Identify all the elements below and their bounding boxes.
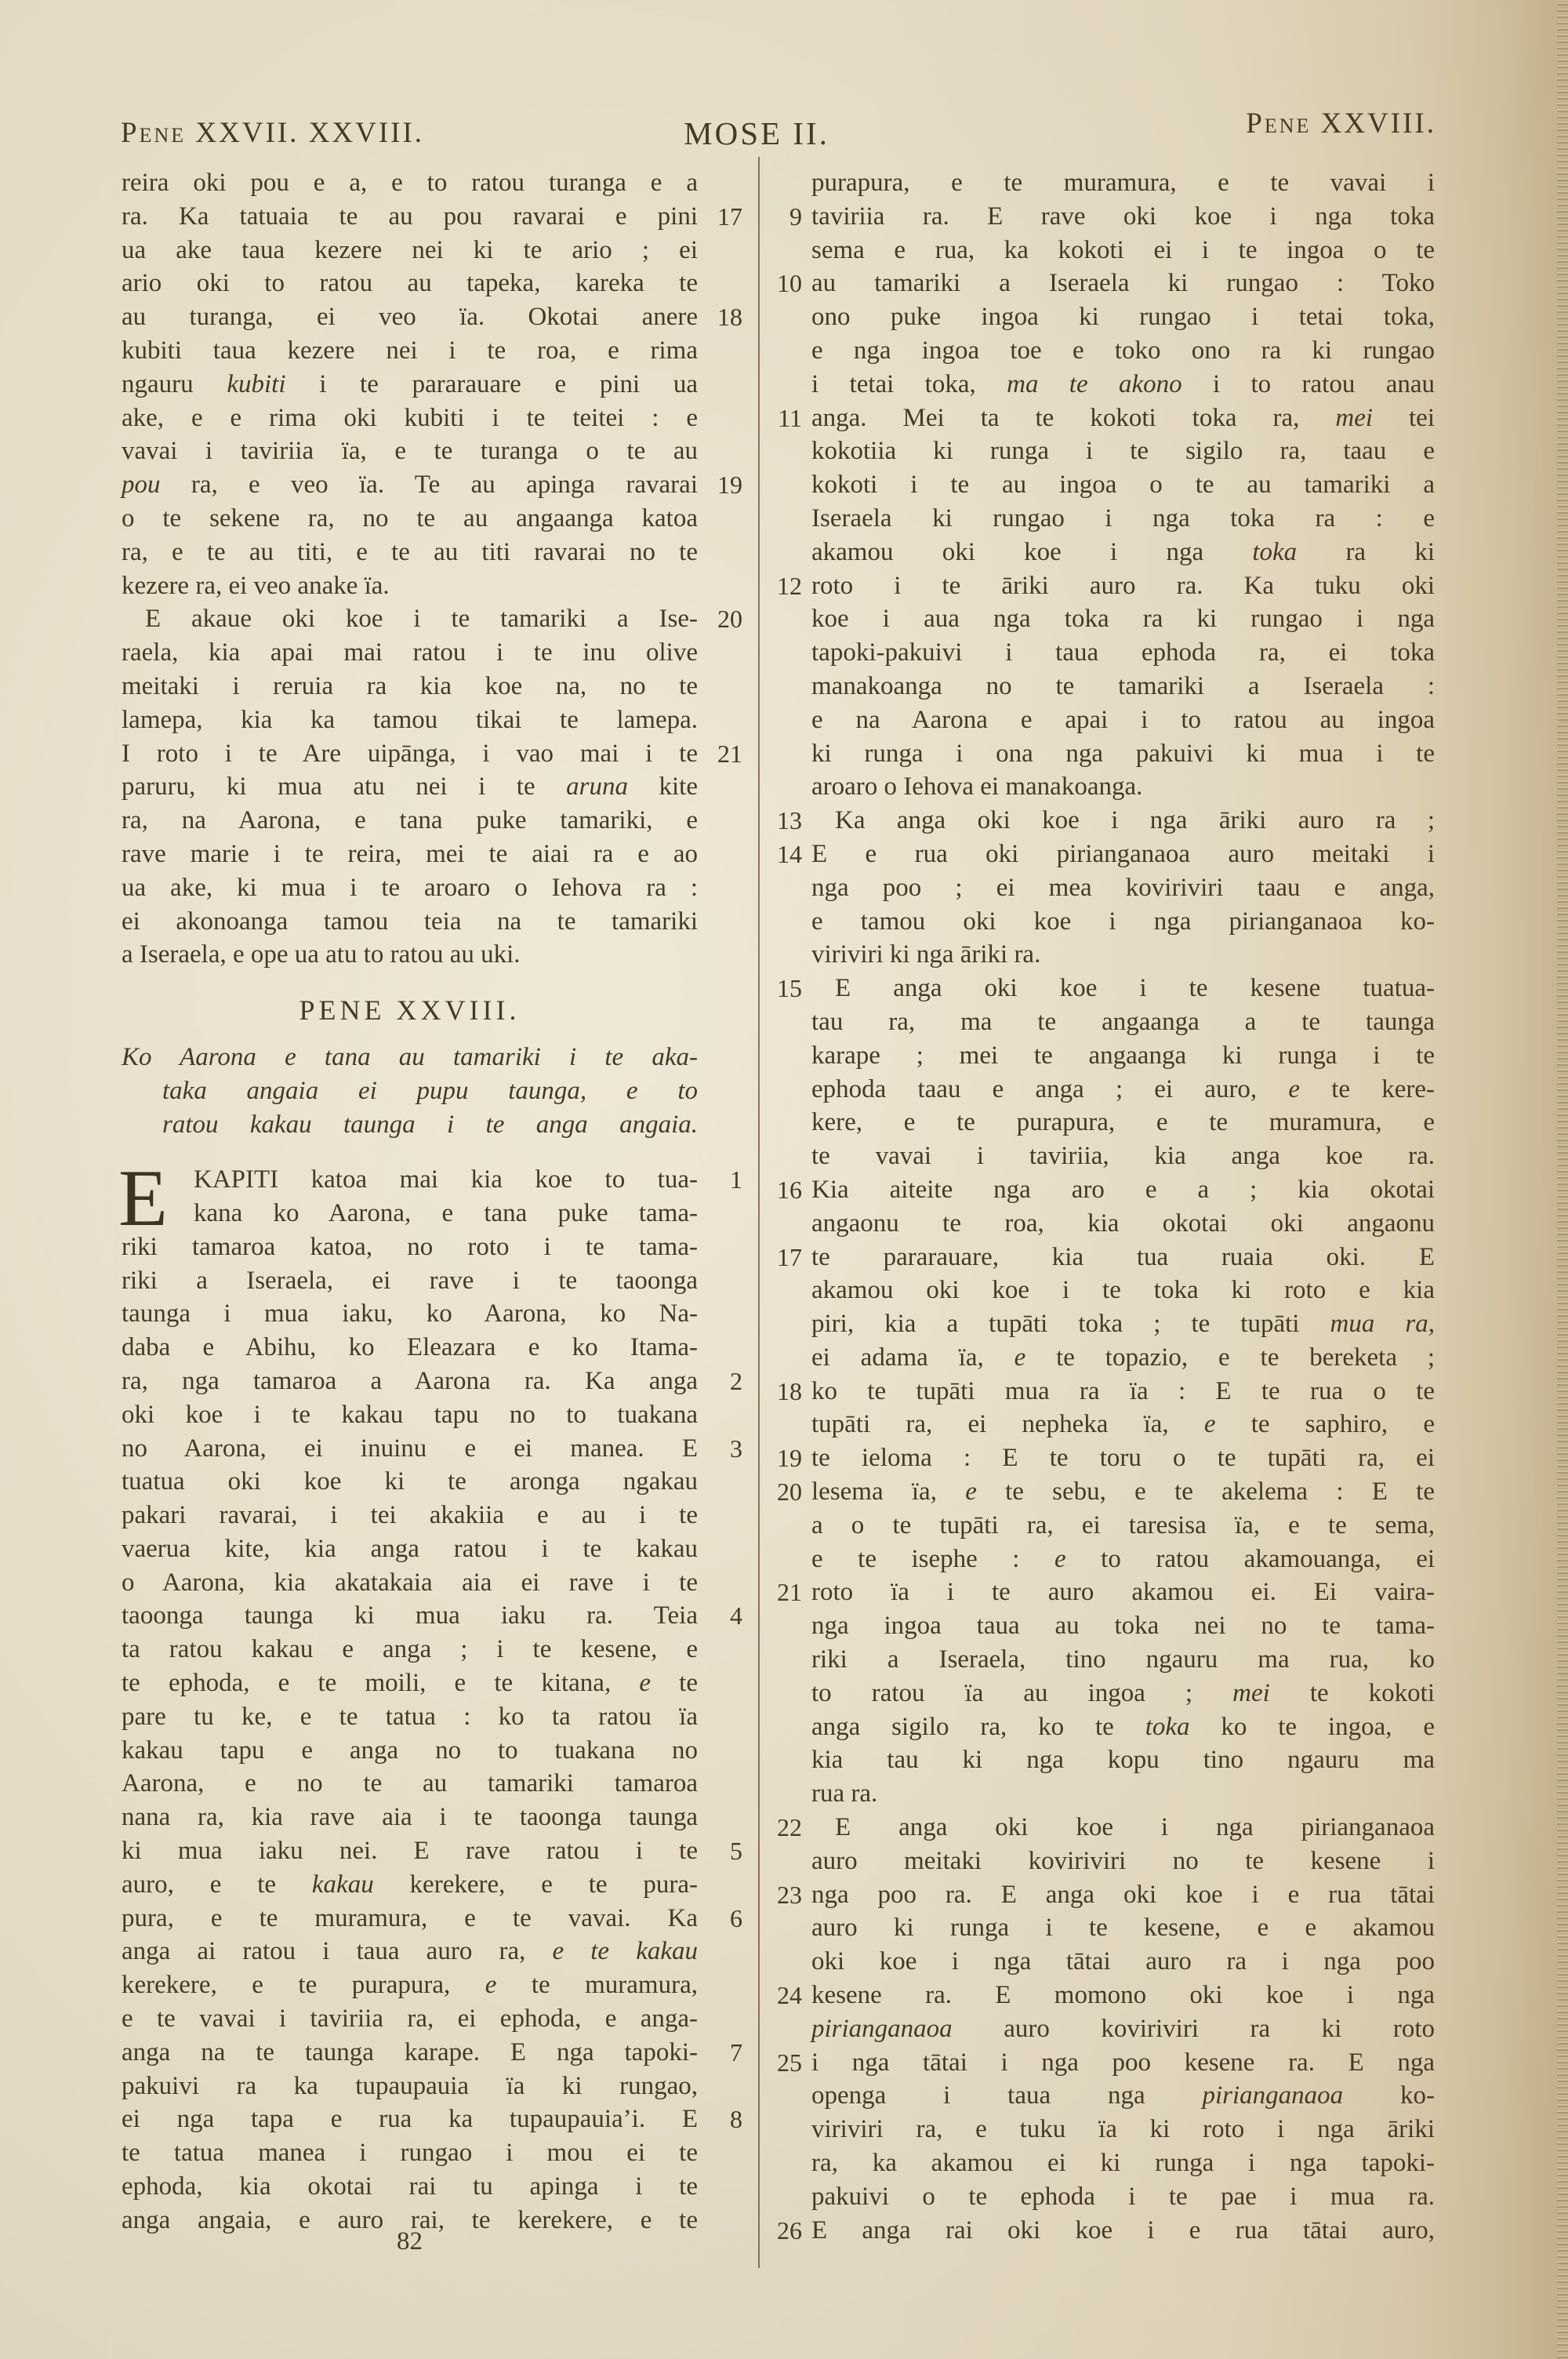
line-text: ta ratou kakau e anga ; i te kesene, e: [122, 1635, 698, 1663]
text-line: to ratou ïa au ingoa ; mei te kokoti: [811, 1677, 1435, 1710]
page-edge-texture: [1557, 0, 1568, 2359]
text-line: ua ake, ki mua i te aroaro o Iehova ra :: [122, 871, 698, 905]
line-text: ra. Ka tatuaia te au pou ravarai e pini: [122, 202, 698, 231]
text-line: karape ; mei te angaanga ki runga i te: [811, 1039, 1435, 1073]
line-text: tupāti ra, ei nepheka ïa, e te saphiro, …: [811, 1410, 1435, 1438]
line-text: riki tamaroa katoa, no roto i te tama-: [122, 1233, 698, 1261]
text-line: taoonga taunga ki mua iaku ra. Teia4: [122, 1599, 698, 1633]
text-line: a Iseraela, e ope ua atu to ratou au uki…: [122, 938, 698, 972]
line-text: te ephoda, e te moili, e te kitana, e te: [122, 1669, 698, 1697]
text-line: e te vavai i taviriia ra, ei ephoda, e a…: [122, 2002, 698, 2036]
line-text: akamou oki koe i te toka ki roto e kia: [811, 1276, 1435, 1304]
line-text: roto ïa i te auro akamou ei. Ei vaira-: [811, 1578, 1435, 1606]
text-line: ra, na Aarona, e tana puke tamariki, e: [122, 804, 698, 838]
line-text: nana ra, kia rave aia i te taoonga taung…: [122, 1803, 698, 1831]
text-line: E anga oki koe i te kesene tuatua-15: [811, 972, 1435, 1005]
text-line: nana ra, kia rave aia i te taoonga taung…: [122, 1801, 698, 1834]
line-text: ephoda, kia okotai rai tu apinga i te: [122, 2172, 698, 2201]
text-line: no Aarona, ei inuinu e ei manea. E3: [122, 1432, 698, 1466]
text-line: E e rua oki pirianganaoa auro meitaki i1…: [811, 838, 1435, 871]
text-line: kerekere, e te purapura, e te muramura,: [122, 1968, 698, 2002]
line-text: pirianganaoa auro koviriviri ra ki roto: [811, 2015, 1435, 2043]
line-text: e na Aarona e apai i to ratou au ingoa: [811, 706, 1435, 734]
line-text: au tamariki a Iseraela ki rungao : Toko: [811, 269, 1435, 297]
line-text: i nga tātai i nga poo kesene ra. E nga: [811, 2048, 1435, 2077]
line-text: kia tau ki nga kopu tino ngauru ma: [811, 1746, 1435, 1774]
text-line: E anga rai oki koe i e rua tātai auro,26: [811, 2214, 1435, 2248]
text-line: reira oki pou e a, e to ratou turanga e …: [122, 166, 698, 200]
chapter-summary: Ko Aarona e tana au tamariki i te aka-ta…: [122, 1041, 698, 1142]
text-line: e na Aarona e apai i to ratou au ingoa: [811, 703, 1435, 737]
line-text: raela, kia apai mai ratou i te inu olive: [122, 638, 698, 667]
verse-number: 7: [708, 2036, 742, 2070]
text-line: kana ko Aarona, e tana puke tama-: [122, 1197, 698, 1230]
line-text: taunga i mua iaku, ko Aarona, ko Na-: [122, 1299, 698, 1328]
text-line: viriviri ra, e tuku ïa ki roto i nga āri…: [811, 2113, 1435, 2146]
line-text: tau ra, ma te angaanga a te taunga: [811, 1008, 1435, 1036]
text-line: ra, nga tamaroa a Aarona ra. Ka anga2: [122, 1365, 698, 1398]
text-line: au turanga, ei veo ïa. Okotai anere18: [122, 300, 698, 334]
text-line: tapoki-pakuivi i taua ephoda ra, ei toka: [811, 636, 1435, 670]
verse-number: 19: [763, 1441, 802, 1475]
text-line: taviriia ra. E rave oki koe i nga toka9: [811, 200, 1435, 234]
verse-number: 19: [708, 468, 742, 502]
line-text: koe i aua nga toka ra ki rungao i nga: [811, 605, 1435, 633]
line-text: auro ki runga i te kesene, e e akamou: [811, 1914, 1435, 1942]
line-text: daba e Abihu, ko Eleazara e ko Itama-: [122, 1333, 698, 1361]
verse-number: 24: [763, 1979, 802, 2012]
text-line: Kia aiteite nga aro e a ; kia okotai16: [811, 1173, 1435, 1207]
line-text: rave marie i te reira, mei te aiai ra e …: [122, 840, 698, 868]
text-line: kia tau ki nga kopu tino ngauru ma: [811, 1743, 1435, 1777]
verse-number: 22: [763, 1811, 802, 1845]
text-line: daba e Abihu, ko Eleazara e ko Itama-: [122, 1331, 698, 1365]
verse-number: 26: [763, 2214, 802, 2248]
verse-number: 18: [763, 1375, 802, 1408]
line-text: kana ko Aarona, e tana puke tama-: [194, 1199, 698, 1227]
text-line: openga i taua nga pirianganaoa ko-: [811, 2079, 1435, 2113]
text-column-left: reira oki pou e a, e to ratou turanga e …: [122, 166, 698, 2237]
line-text: au turanga, ei veo ïa. Okotai anere: [122, 303, 698, 331]
chapter-summary-line: taka angaia ei pupu taunga, e to: [122, 1074, 698, 1108]
line-text: ario oki to ratou au tapeka, kareka te: [122, 269, 698, 297]
line-text: ono puke ingoa ki rungao i tetai toka,: [811, 303, 1435, 331]
text-line: te ephoda, e te moili, e te kitana, e te: [122, 1667, 698, 1700]
line-text: ua ake taua kezere nei ki te ario ; ei: [122, 236, 698, 264]
text-line: raela, kia apai mai ratou i te inu olive: [122, 636, 698, 670]
verse-number: 5: [708, 1834, 742, 1868]
line-text: pura, e te muramura, e te vavai. Ka: [122, 1904, 698, 1932]
line-text: anga ai ratou i taua auro ra, e te kakau: [122, 1937, 698, 1965]
text-line: e te isephe : e to ratou akamouanga, ei: [811, 1543, 1435, 1576]
line-text: e te vavai i taviriia ra, ei ephoda, e a…: [122, 2005, 698, 2033]
line-text: to ratou ïa au ingoa ; mei te kokoti: [811, 1679, 1435, 1707]
line-text: E anga rai oki koe i e rua tātai auro,: [811, 2216, 1435, 2245]
text-line: kesene ra. E momono oki koe i nga24: [811, 1979, 1435, 2012]
line-text: nga poo ; ei mea koviriviri taau e anga,: [811, 874, 1435, 902]
chapter-heading: PENE XXVIII.: [122, 972, 698, 1041]
line-text: lamepa, kia ka tamou tikai te lamepa.: [122, 706, 698, 734]
verse-number: 14: [763, 838, 802, 871]
verse-number: 9: [763, 200, 802, 234]
text-line: tau ra, ma te angaanga a te taunga: [811, 1005, 1435, 1039]
line-text: pakuivi ra ka tupaupauia ïa ki rungao,: [122, 2072, 698, 2100]
line-text: ra, ka akamou ei ki runga i nga tapoki-: [811, 2149, 1435, 2177]
verse-number: 25: [763, 2046, 802, 2080]
line-text: kere, e te purapura, e te muramura, e: [811, 1108, 1435, 1136]
line-text: Iseraela ki rungao i nga toka ra : e: [811, 504, 1435, 533]
text-line: purapura, e te muramura, e te vavai i: [811, 166, 1435, 200]
text-line: i tetai toka, ma te akono i to ratou ana…: [811, 368, 1435, 402]
line-text: taviriia ra. E rave oki koe i nga toka: [811, 202, 1435, 231]
text-line: lamepa, kia ka tamou tikai te lamepa.: [122, 703, 698, 737]
verse-number: 8: [708, 2103, 742, 2136]
line-text: kubiti taua kezere nei i te roa, e rima: [122, 336, 698, 365]
text-line: te ieloma : E te toru o te tupāti ra, ei…: [811, 1441, 1435, 1475]
text-line: kezere ra, ei veo anake ïa.: [122, 569, 698, 603]
verse-number: 21: [763, 1576, 802, 1609]
line-text: piri, kia a tupāti toka ; te tupāti mua …: [811, 1310, 1435, 1338]
line-text: kokotiia ki runga i te sigilo ra, taau e: [811, 437, 1435, 465]
text-line: angaonu te roa, kia okotai oki angaonu: [811, 1207, 1435, 1241]
text-line: pakuivi o te ephoda i te pae i mua ra.: [811, 2180, 1435, 2214]
text-line: ki mua iaku nei. E rave ratou i te5: [122, 1834, 698, 1868]
verse-number: 6: [708, 1902, 742, 1936]
line-text: te ieloma : E te toru o te tupāti ra, ei: [811, 1444, 1435, 1472]
verse-number: 16: [763, 1173, 802, 1207]
running-head-right: Pene XXVIII.: [1160, 107, 1436, 140]
line-text: riki a Iseraela, tino ngauru ma rua, ko: [811, 1645, 1435, 1674]
text-line: kokoti i te au ingoa o te au tamariki a: [811, 468, 1435, 502]
text-line: auro ki runga i te kesene, e e akamou: [811, 1911, 1435, 1945]
chapter-summary-line: Ko Aarona e tana au tamariki i te aka-: [122, 1041, 698, 1074]
line-text: reira oki pou e a, e to ratou turanga e …: [122, 169, 698, 197]
line-text: auro meitaki koviriviri no te kesene i: [811, 1847, 1435, 1875]
text-line: taunga i mua iaku, ko Aarona, ko Na-: [122, 1297, 698, 1331]
line-text: karape ; mei te angaanga ki runga i te: [811, 1041, 1435, 1070]
line-text: ra, e te au titi, e te au titi ravarai n…: [122, 538, 698, 566]
text-line: oki koe i nga tātai auro ra i nga poo: [811, 1945, 1435, 1979]
text-line: tupāti ra, ei nepheka ïa, e te saphiro, …: [811, 1408, 1435, 1441]
line-text: manakoanga no te tamariki a Iseraela :: [811, 672, 1435, 700]
text-line: ta ratou kakau e anga ; i te kesene, e: [122, 1633, 698, 1667]
text-line: au tamariki a Iseraela ki rungao : Toko1…: [811, 267, 1435, 300]
line-text: ko te tupāti mua ra ïa : E te rua o te: [811, 1377, 1435, 1405]
line-text: o te sekene ra, no te au angaanga katoa: [122, 504, 698, 533]
line-text: auro, e te kakau kerekere, e te pura-: [122, 1870, 698, 1899]
line-text: nga ingoa taua au toka nei no te tama-: [811, 1612, 1435, 1640]
line-text: E anga oki koe i te kesene tuatua-: [835, 974, 1435, 1002]
line-text: o Aarona, kia akatakaia aia ei rave i te: [122, 1568, 698, 1597]
text-line: ario oki to ratou au tapeka, kareka te: [122, 267, 698, 300]
chapter-summary-line: ratou kakau taunga i te anga angaia.: [122, 1108, 698, 1142]
text-line: ko te tupāti mua ra ïa : E te rua o te18: [811, 1375, 1435, 1408]
text-line: ephoda, kia okotai rai tu apinga i te: [122, 2170, 698, 2204]
text-line: riki a Iseraela, ei rave i te taoonga: [122, 1264, 698, 1298]
line-text: tuatua oki koe ki te aronga ngakau: [122, 1467, 698, 1496]
text-line: vavai i taviriia ïa, e te turanga o te a…: [122, 434, 698, 468]
line-text: no Aarona, ei inuinu e ei manea. E: [122, 1434, 698, 1463]
line-text: oki koe i nga tātai auro ra i nga poo: [811, 1947, 1435, 1976]
text-line: akamou oki koe i nga toka ra ki: [811, 536, 1435, 569]
line-text: sema e rua, ka kokoti ei i te ingoa o te: [811, 236, 1435, 264]
text-line: te vavai i taviriia, kia anga koe ra.: [811, 1140, 1435, 1173]
text-line: riki a Iseraela, tino ngauru ma rua, ko: [811, 1643, 1435, 1677]
line-text: angaonu te roa, kia okotai oki angaonu: [811, 1209, 1435, 1238]
line-text: oki koe i te kakau tapu no to tuakana: [122, 1401, 698, 1429]
text-line: anga ai ratou i taua auro ra, e te kakau: [122, 1935, 698, 1968]
text-line: nga ingoa taua au toka nei no te tama-: [811, 1609, 1435, 1643]
line-text: KAPITI katoa mai kia koe to tua-: [194, 1165, 698, 1194]
text-line: e tamou oki koe i nga pirianganaoa ko-: [811, 905, 1435, 939]
verse-number: 21: [708, 737, 742, 771]
text-line: sema e rua, ka kokoti ei i te ingoa o te: [811, 234, 1435, 267]
line-text: taoonga taunga ki mua iaku ra. Teia: [122, 1601, 698, 1630]
verse-number: 13: [763, 804, 802, 838]
verse-number: 17: [763, 1241, 802, 1274]
text-line: a o te tupāti ra, ei taresisa ïa, e te s…: [811, 1509, 1435, 1543]
text-line: pare tu ke, e te tatua : ko ta ratou ïa: [122, 1700, 698, 1734]
text-line: pakuivi ra ka tupaupauia ïa ki rungao,: [122, 2070, 698, 2103]
line-text: ra, nga tamaroa a Aarona ra. Ka anga: [122, 1367, 698, 1395]
line-text: ngauru kubiti i te pararauare e pini ua: [122, 370, 698, 398]
line-text: te pararauare, kia tua ruaia oki. E: [811, 1243, 1435, 1271]
text-line: piri, kia a tupāti toka ; te tupāti mua …: [811, 1307, 1435, 1341]
verse-number: 18: [708, 300, 742, 334]
line-text: ei nga tapa e rua ka tupaupauia’i. E: [122, 2105, 698, 2133]
text-line: kubiti taua kezere nei i te roa, e rima: [122, 334, 698, 368]
verse-block: EKAPITI katoa mai kia koe to tua-1kana k…: [122, 1163, 698, 2237]
verse-number: 15: [763, 972, 802, 1005]
text-line: lesema ïa, e te sebu, e te akelema : E t…: [811, 1475, 1435, 1509]
text-line: o Aarona, kia akatakaia aia ei rave i te: [122, 1566, 698, 1600]
verse-number: 23: [763, 1878, 802, 1912]
verse-number: 2: [708, 1365, 742, 1398]
line-text: anga na te taunga karape. E nga tapoki-: [122, 2038, 698, 2066]
text-line: pakari ravarai, i tei akakiia e au i te: [122, 1499, 698, 1532]
text-line: auro meitaki koviriviri no te kesene i: [811, 1845, 1435, 1878]
text-line: anga sigilo ra, ko te toka ko te ingoa, …: [811, 1710, 1435, 1744]
text-line: ra, e te au titi, e te au titi ravarai n…: [122, 536, 698, 569]
line-text: a o te tupāti ra, ei taresisa ïa, e te s…: [811, 1511, 1435, 1539]
line-text: meitaki i reruia ra kia koe na, no te: [122, 672, 698, 700]
text-line: vaerua kite, kia anga ratou i te kakau: [122, 1532, 698, 1566]
text-line: Aarona, e no te au tamariki tamaroa: [122, 1767, 698, 1801]
line-text: pakari ravarai, i tei akakiia e au i te: [122, 1501, 698, 1529]
line-text: akamou oki koe i nga toka ra ki: [811, 538, 1435, 566]
text-line: te pararauare, kia tua ruaia oki. E17: [811, 1241, 1435, 1274]
text-line: viriviri ki nga āriki ra.: [811, 938, 1435, 972]
text-line: aroaro o Iehova ei manakoanga.: [811, 770, 1435, 804]
line-text: ua ake, ki mua i te aroaro o Iehova ra :: [122, 874, 698, 902]
text-line: te tatua manea i rungao i mou ei te: [122, 2136, 698, 2170]
line-text: Ka anga oki koe i nga āriki auro ra ;: [835, 806, 1435, 834]
line-text: kezere ra, ei veo anake ïa.: [122, 572, 390, 600]
text-line: o te sekene ra, no te au angaanga katoa: [122, 502, 698, 536]
line-text: rua ra.: [811, 1779, 877, 1808]
text-line: ephoda taau e anga ; ei auro, e te kere-: [811, 1073, 1435, 1107]
line-text: roto i te āriki auro ra. Ka tuku oki: [811, 572, 1435, 600]
page-number: 82: [122, 2227, 698, 2256]
line-text: te vavai i taviriia, kia anga koe ra.: [811, 1142, 1435, 1170]
verse-block: reira oki pou e a, e to ratou turanga e …: [122, 166, 698, 972]
verse-block: purapura, e te muramura, e te vavai itav…: [811, 166, 1435, 2247]
line-text: viriviri ki nga āriki ra.: [811, 940, 1040, 969]
line-text: I roto i te Are uipānga, i vao mai i te: [122, 740, 698, 768]
line-text: kakau tapu e anga no to tuakana no: [122, 1736, 698, 1765]
line-text: ki mua iaku nei. E rave ratou i te: [122, 1837, 698, 1865]
line-text: anga. Mei ta te kokoti toka ra, mei tei: [811, 404, 1435, 432]
line-text: paruru, ki mua atu nei i te aruna kite: [122, 772, 698, 801]
line-text: anga sigilo ra, ko te toka ko te ingoa, …: [811, 1713, 1435, 1741]
verse-number: 3: [708, 1432, 742, 1466]
text-line: rua ra.: [811, 1777, 1435, 1811]
line-text: openga i taua nga pirianganaoa ko-: [811, 2081, 1435, 2110]
text-line: Ka anga oki koe i nga āriki auro ra ;13: [811, 804, 1435, 838]
text-line: anga na te taunga karape. E nga tapoki-7: [122, 2036, 698, 2070]
line-text: ake, e e rima oki kubiti i te teitei : e: [122, 404, 698, 432]
line-text: Kia aiteite nga aro e a ; kia okotai: [811, 1176, 1435, 1204]
text-line: pou ra, e veo ïa. Te au apinga ravarai19: [122, 468, 698, 502]
line-text: pare tu ke, e te tatua : ko ta ratou ïa: [122, 1703, 698, 1731]
text-line: anga. Mei ta te kokoti toka ra, mei tei1…: [811, 402, 1435, 435]
line-text: a Iseraela, e ope ua atu to ratou au uki…: [122, 940, 521, 969]
line-text: e nga ingoa toe e toko ono ra ki rungao: [811, 336, 1435, 365]
text-line: koe i aua nga toka ra ki rungao i nga: [811, 602, 1435, 636]
text-line: roto ïa i te auro akamou ei. Ei vaira-21: [811, 1576, 1435, 1609]
running-head-title: MOSE II.: [600, 114, 913, 152]
text-line: kere, e te purapura, e te muramura, e: [811, 1106, 1435, 1140]
line-text: purapura, e te muramura, e te vavai i: [811, 169, 1435, 197]
verse-number: 11: [763, 402, 802, 435]
line-text: kesene ra. E momono oki koe i nga: [811, 1981, 1435, 2009]
text-line: pirianganaoa auro koviriviri ra ki roto: [811, 2012, 1435, 2046]
line-text: e te isephe : e to ratou akamouanga, ei: [811, 1545, 1435, 1573]
line-text: ei adama ïa, e te topazio, e te bereketa…: [811, 1343, 1435, 1372]
line-text: e tamou oki koe i nga pirianganaoa ko-: [811, 907, 1435, 936]
text-line: ua ake taua kezere nei ki te ario ; ei: [122, 234, 698, 267]
text-line: ngauru kubiti i te pararauare e pini ua: [122, 368, 698, 402]
running-head-left: Pene XXVII. XXVIII.: [121, 116, 424, 150]
text-line: ra. Ka tatuaia te au pou ravarai e pini1…: [122, 200, 698, 234]
line-text: kokoti i te au ingoa o te au tamariki a: [811, 471, 1435, 499]
line-text: pou ra, e veo ïa. Te au apinga ravarai: [122, 471, 698, 499]
text-line: meitaki i reruia ra kia koe na, no te: [122, 670, 698, 703]
text-line: ra, ka akamou ei ki runga i nga tapoki-: [811, 2146, 1435, 2180]
verse-number: 10: [763, 267, 802, 300]
text-line: ei akonoanga tamou teia na te tamariki: [122, 905, 698, 939]
text-line: E akaue oki koe i te tamariki a Ise-20: [122, 602, 698, 636]
text-line: auro, e te kakau kerekere, e te pura-: [122, 1868, 698, 1902]
line-text: lesema ïa, e te sebu, e te akelema : E t…: [811, 1478, 1435, 1506]
line-text: riki a Iseraela, ei rave i te taoonga: [122, 1267, 698, 1295]
text-line: riki tamaroa katoa, no roto i te tama-: [122, 1230, 698, 1264]
line-text: tapoki-pakuivi i taua ephoda ra, ei toka: [811, 638, 1435, 667]
line-text: nga poo ra. E anga oki koe i e rua tātai: [811, 1881, 1435, 1909]
book-page-scan: Pene XXVII. XXVIII. MOSE II. Pene XXVIII…: [0, 0, 1568, 2359]
text-line: roto i te āriki auro ra. Ka tuku oki12: [811, 569, 1435, 603]
line-text: kerekere, e te purapura, e te muramura,: [122, 1971, 698, 1999]
verse-number: 17: [708, 200, 742, 234]
line-text: vaerua kite, kia anga ratou i te kakau: [122, 1535, 698, 1563]
text-line: tuatua oki koe ki te aronga ngakau: [122, 1465, 698, 1499]
text-line: KAPITI katoa mai kia koe to tua-1: [122, 1163, 698, 1197]
line-text: ephoda taau e anga ; ei auro, e te kere-: [811, 1075, 1435, 1103]
verse-number: 20: [763, 1475, 802, 1509]
text-line: kokotiia ki runga i te sigilo ra, taau e: [811, 434, 1435, 468]
text-line: ono puke ingoa ki rungao i tetai toka,: [811, 300, 1435, 334]
text-line: nga poo ; ei mea koviriviri taau e anga,: [811, 871, 1435, 905]
text-line: paruru, ki mua atu nei i te aruna kite: [122, 770, 698, 804]
text-line: ake, e e rima oki kubiti i te teitei : e: [122, 402, 698, 435]
line-text: E anga oki koe i nga pirianganaoa: [835, 1813, 1435, 1841]
column-divider-rule: [758, 157, 760, 2268]
line-text: viriviri ra, e tuku ïa ki roto i nga āri…: [811, 2115, 1435, 2143]
line-text: te tatua manea i rungao i mou ei te: [122, 2139, 698, 2167]
verse-number: 4: [708, 1599, 742, 1633]
text-line: kakau tapu e anga no to tuakana no: [122, 1734, 698, 1768]
text-line: manakoanga no te tamariki a Iseraela :: [811, 670, 1435, 703]
text-line: oki koe i te kakau tapu no to tuakana: [122, 1398, 698, 1432]
text-line: ei nga tapa e rua ka tupaupauia’i. E8: [122, 2103, 698, 2136]
text-line: i nga tātai i nga poo kesene ra. E nga25: [811, 2046, 1435, 2080]
line-text: i tetai toka, ma te akono i to ratou ana…: [811, 370, 1435, 398]
line-text: ei akonoanga tamou teia na te tamariki: [122, 907, 698, 936]
line-text: aroaro o Iehova ei manakoanga.: [811, 772, 1142, 801]
text-line: akamou oki koe i te toka ki roto e kia: [811, 1274, 1435, 1307]
line-text: ki runga i ona nga pakuivi ki mua i te: [811, 740, 1435, 768]
line-text: pakuivi o te ephoda i te pae i mua ra.: [811, 2183, 1435, 2211]
text-line: I roto i te Are uipānga, i vao mai i te2…: [122, 737, 698, 771]
text-line: rave marie i te reira, mei te aiai ra e …: [122, 838, 698, 871]
text-line: e nga ingoa toe e toko ono ra ki rungao: [811, 334, 1435, 368]
line-text: E akaue oki koe i te tamariki a Ise-: [145, 605, 698, 633]
text-line: ki runga i ona nga pakuivi ki mua i te: [811, 737, 1435, 771]
text-line: ei adama ïa, e te topazio, e te bereketa…: [811, 1341, 1435, 1375]
line-text: ra, na Aarona, e tana puke tamariki, e: [122, 806, 698, 834]
text-column-right: purapura, e te muramura, e te vavai itav…: [811, 166, 1435, 2247]
text-line: nga poo ra. E anga oki koe i e rua tātai…: [811, 1878, 1435, 1912]
verse-number: 1: [708, 1163, 742, 1197]
line-text: E e rua oki pirianganaoa auro meitaki i: [811, 840, 1435, 868]
text-line: E anga oki koe i nga pirianganaoa22: [811, 1811, 1435, 1845]
verse-number: 20: [708, 602, 742, 636]
line-text: vavai i taviriia ïa, e te turanga o te a…: [122, 437, 698, 465]
line-text: Aarona, e no te au tamariki tamaroa: [122, 1769, 698, 1797]
verse-number: 12: [763, 569, 802, 603]
text-line: Iseraela ki rungao i nga toka ra : e: [811, 502, 1435, 536]
text-line: pura, e te muramura, e te vavai. Ka6: [122, 1902, 698, 1936]
